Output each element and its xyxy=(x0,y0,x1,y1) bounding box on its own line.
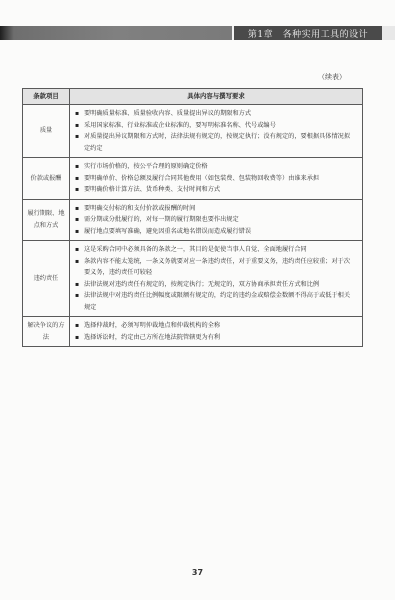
page-number: 37 xyxy=(0,568,395,577)
table-row: 质量 要明确质量标准、质量验收内容、质量提出异议的期限和方式 采用国家标准、行业… xyxy=(23,105,363,158)
row-content: 实行市场价格的，按公平合理的原则确定价格 要明确单价、价格总额及履行合同其他费用… xyxy=(70,158,363,200)
list-item: 实行市场价格的，按公平合理的原则确定价格 xyxy=(75,161,356,173)
row-content: 要明确质量标准、质量验收内容、质量提出异议的期限和方式 采用国家标准、行业标准或… xyxy=(70,105,363,158)
row-label: 质量 xyxy=(23,105,70,158)
row-label: 违约责任 xyxy=(23,241,70,317)
row-label: 解决争议的方法 xyxy=(23,317,70,347)
list-item: 条款内容不能太笼统，一条义务就要对应一条违约责任，对于重要义务，违约责任应较重；… xyxy=(75,256,356,279)
list-item: 要明确价格计算方法、货币种类、支付时间和方式 xyxy=(75,184,356,196)
list-item: 对质量提出异议期限和方式时，法律法规有规定的，按规定执行；没有规定的，要根据具体… xyxy=(75,131,356,154)
bullet-list: 这是采购合同中必须具备的条款之一，其目的是促使当事人自觉、全面地履行合同 条款内… xyxy=(75,244,356,313)
list-item: 要明确单价、价格总额及履行合同其他费用（如包装费、包装物回收费等）由谁来承担 xyxy=(75,173,356,185)
list-item: 这是采购合同中必须具备的条款之一，其目的是促使当事人自觉、全面地履行合同 xyxy=(75,244,356,256)
row-content: 要明确交付标的和支付价款或报酬的时间 需分期或分批履行的，对每一期的履行期限也要… xyxy=(70,199,363,241)
bullet-list: 选择仲裁时，必须写明仲裁地点和仲裁机构的全称 选择诉讼时，约定由己方所在地法院管… xyxy=(75,320,356,343)
list-item: 法律法规中对违约责任比例幅度或限额有规定的，约定的违约金或赔偿金数额不得高于或低… xyxy=(75,290,356,313)
table-row: 解决争议的方法 选择仲裁时，必须写明仲裁地点和仲裁机构的全称 选择诉讼时，约定由… xyxy=(23,317,363,347)
chapter-title: 第1章 各种实用工具的设计 xyxy=(234,26,382,40)
header-decoration-bar xyxy=(0,26,232,40)
running-header: 第1章 各种实用工具的设计 xyxy=(0,26,395,40)
continued-label: （续表） xyxy=(318,72,346,82)
list-item: 选择仲裁时，必须写明仲裁地点和仲裁机构的全称 xyxy=(75,320,356,332)
bullet-list: 要明确交付标的和支付价款或报酬的时间 需分期或分批履行的，对每一期的履行期限也要… xyxy=(75,203,356,238)
table-header-row: 条款项目 具体内容与撰写要求 xyxy=(23,89,363,105)
row-label: 价款或报酬 xyxy=(23,158,70,200)
contract-terms-table: 条款项目 具体内容与撰写要求 质量 要明确质量标准、质量验收内容、质量提出异议的… xyxy=(22,88,363,347)
list-item: 采用国家标准、行业标准或企业标准的，要写明标准名称、代号或编号 xyxy=(75,120,356,132)
list-item: 选择诉讼时，约定由己方所在地法院管辖更为有利 xyxy=(75,332,356,344)
header-tail xyxy=(382,26,395,40)
list-item: 要明确交付标的和支付价款或报酬的时间 xyxy=(75,203,356,215)
table-row: 违约责任 这是采购合同中必须具备的条款之一，其目的是促使当事人自觉、全面地履行合… xyxy=(23,241,363,317)
bullet-list: 实行市场价格的，按公平合理的原则确定价格 要明确单价、价格总额及履行合同其他费用… xyxy=(75,161,356,196)
row-content: 选择仲裁时，必须写明仲裁地点和仲裁机构的全称 选择诉讼时，约定由己方所在地法院管… xyxy=(70,317,363,347)
list-item: 要明确质量标准、质量验收内容、质量提出异议的期限和方式 xyxy=(75,108,356,120)
row-content: 这是采购合同中必须具备的条款之一，其目的是促使当事人自觉、全面地履行合同 条款内… xyxy=(70,241,363,317)
bullet-list: 要明确质量标准、质量验收内容、质量提出异议的期限和方式 采用国家标准、行业标准或… xyxy=(75,108,356,154)
list-item: 需分期或分批履行的，对每一期的履行期限也要作出规定 xyxy=(75,214,356,226)
column-header-item: 条款项目 xyxy=(23,89,70,105)
column-header-content: 具体内容与撰写要求 xyxy=(70,89,363,105)
list-item: 履行地点要填写准确，避免因重名或地名错误而造成履行错误 xyxy=(75,226,356,238)
table-row: 履行期限、地点和方式 要明确交付标的和支付价款或报酬的时间 需分期或分批履行的，… xyxy=(23,199,363,241)
row-label: 履行期限、地点和方式 xyxy=(23,199,70,241)
table-row: 价款或报酬 实行市场价格的，按公平合理的原则确定价格 要明确单价、价格总额及履行… xyxy=(23,158,363,200)
list-item: 法律法规对违约责任有规定的，按规定执行；无规定的，双方协商承担责任方式和比例 xyxy=(75,279,356,291)
